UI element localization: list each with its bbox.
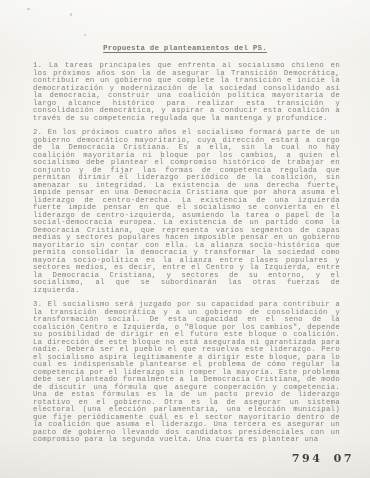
paragraph-3: 3. El socialismo será juzgado por su cap… [33,302,340,445]
scan-speck [70,13,72,16]
document-body: 1. La tareas principales que enfrenta al… [33,63,340,452]
paragraph-1: 1. La tareas principales que enfrenta al… [33,63,340,123]
scanned-document-page: Propuesta de planteamientos del PS. 1. L… [0,0,370,478]
paragraph-2: 2. En los próximos cuatro años el social… [33,130,340,295]
document-title: Propuesta de planteamientos del PS. [0,45,370,53]
scan-speck [84,34,86,36]
scan-speck [27,8,30,10]
archive-page-number-stamp: 794 07 [292,452,354,465]
